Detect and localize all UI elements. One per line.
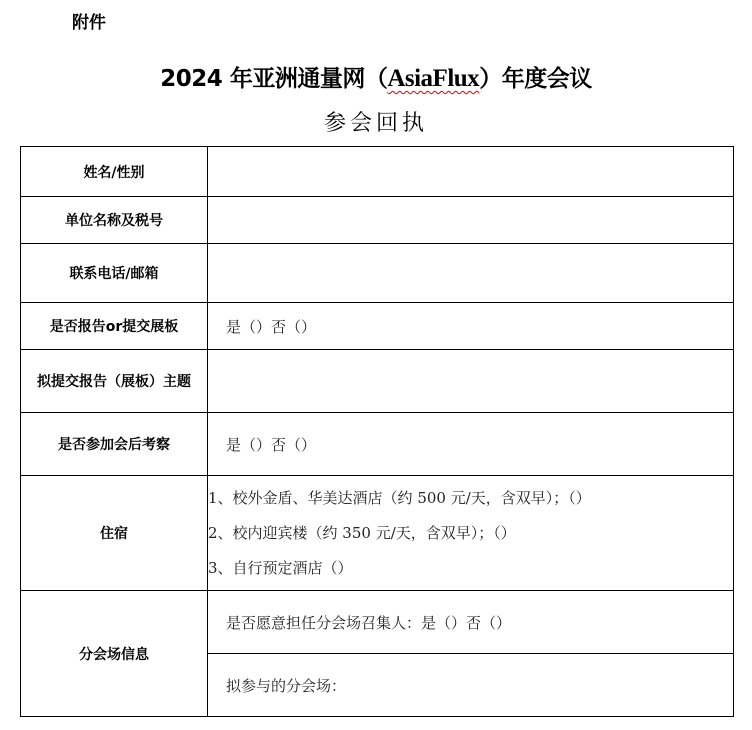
title-prefix: 2024 年亚洲通量网（ (160, 66, 387, 92)
form-row-contact: 联系电话/邮箱 (21, 244, 734, 303)
registration-form-table: 姓名/性别 单位名称及税号 联系电话/邮箱 是否报告or提交展板 是（）否（） … (20, 146, 734, 717)
document-title: 2024 年亚洲通量网（AsiaFlux）年度会议 (0, 60, 752, 93)
field-accommodation-options: 1、校外金盾、华美达酒店（约 500 元/天，含双早）；（） 2、校内迎宾楼（约… (208, 476, 734, 591)
field-session-choice[interactable]: 拟参与的分会场： (208, 654, 734, 717)
title-latin: AsiaFlux (387, 65, 479, 92)
document-subtitle: 参会回执 (0, 106, 752, 137)
title-suffix: ）年度会议 (479, 66, 592, 92)
form-row-excursion: 是否参加会后考察 是（）否（） (21, 413, 734, 476)
form-row-accommodation: 住宿 1、校外金盾、华美达酒店（约 500 元/天，含双早）；（） 2、校内迎宾… (21, 476, 734, 591)
accommodation-option-2[interactable]: 2、校内迎宾楼（约 350 元/天，含双早）；（） (208, 516, 733, 551)
field-contact[interactable] (208, 244, 734, 303)
attachment-label: 附件 (72, 8, 106, 33)
form-row-report: 是否报告or提交展板 是（）否（） (21, 303, 734, 350)
label-organization: 单位名称及税号 (21, 197, 208, 244)
field-session-convener[interactable]: 是否愿意担任分会场召集人：是（）否（） (208, 591, 734, 654)
form-row-topic: 拟提交报告（展板）主题 (21, 350, 734, 413)
form-row-session-convener: 分会场信息 是否愿意担任分会场召集人：是（）否（） (21, 591, 734, 654)
label-session-info: 分会场信息 (21, 591, 208, 717)
label-contact: 联系电话/邮箱 (21, 244, 208, 303)
field-report-choice[interactable]: 是（）否（） (208, 303, 734, 350)
accommodation-option-1[interactable]: 1、校外金盾、华美达酒店（约 500 元/天，含双早）；（） (208, 481, 733, 516)
field-topic[interactable] (208, 350, 734, 413)
field-excursion-choice[interactable]: 是（）否（） (208, 413, 734, 476)
label-accommodation: 住宿 (21, 476, 208, 591)
form-row-name-gender: 姓名/性别 (21, 147, 734, 197)
label-excursion: 是否参加会后考察 (21, 413, 208, 476)
field-name-gender[interactable] (208, 147, 734, 197)
label-topic: 拟提交报告（展板）主题 (21, 350, 208, 413)
label-name-gender: 姓名/性别 (21, 147, 208, 197)
form-row-organization: 单位名称及税号 (21, 197, 734, 244)
field-organization[interactable] (208, 197, 734, 244)
accommodation-option-3[interactable]: 3、自行预定酒店（） (208, 551, 733, 586)
label-report: 是否报告or提交展板 (21, 303, 208, 350)
